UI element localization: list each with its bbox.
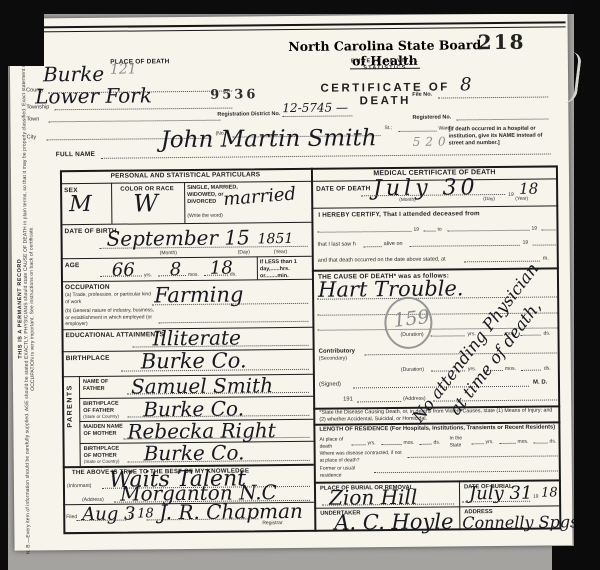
residence-ds2: ds. <box>550 438 557 445</box>
marital-hint: (Write the word) <box>187 213 223 220</box>
secondary-label: (Secondary) <box>319 355 347 362</box>
yrs-label: yrs. <box>144 272 152 279</box>
year-label: (Year) <box>274 249 287 256</box>
full-name-label: FULL NAME <box>56 151 95 159</box>
if-less-than-label: If LESS than 1 day,......hrs. or........… <box>260 259 310 280</box>
father-state-country-label: (State or Country) <box>83 414 119 420</box>
last-saw-label-a: that I last saw h <box>318 241 356 249</box>
day-label: (Day) <box>238 249 250 256</box>
county-value-handwritten: Burke <box>43 64 104 85</box>
filed-19-printed: 19 <box>128 515 134 522</box>
mos-label: mos. <box>188 272 199 279</box>
parents-section-label: PARENTS <box>67 402 74 428</box>
dotted-line <box>521 370 541 371</box>
registered-no-label: Registered No. <box>412 114 451 121</box>
dod-month-label: (Month) <box>399 198 416 204</box>
registration-district-label: Registration District No. <box>217 111 280 118</box>
last-saw-19-printed: 19 <box>523 240 529 247</box>
informant-address-label: (Address) <box>82 497 104 504</box>
dob-value-handwritten: September 15 <box>106 227 249 248</box>
mother-state-country-label: (State or Country) <box>84 459 120 465</box>
residence-yrs2: yrs. <box>486 439 494 446</box>
date-of-death-value-handwritten: July 30 <box>373 177 479 200</box>
dod-19-printed: 19 <box>508 192 514 199</box>
dotted-line <box>352 444 366 445</box>
date-of-death-year-handwritten: 18 <box>519 182 538 197</box>
hospital-note: [If death occurred in a hospital or inst… <box>449 126 547 148</box>
last-saw-label-b: alive on <box>384 241 403 248</box>
certify-19a-printed: 19 <box>413 227 419 234</box>
duration-ds-label: ds. <box>543 331 550 338</box>
dotted-line <box>48 120 220 123</box>
cause-code-pencil: 159 <box>392 308 430 331</box>
stamp-number: 9536 <box>210 87 258 102</box>
informant-label: (Informant) <box>67 483 92 490</box>
bureau-subtitle: BUREAU OF VITAL STATISTICS <box>330 58 440 73</box>
residence-mos2: mos. <box>518 439 529 446</box>
certificate-number-stamp: 218 <box>478 30 526 54</box>
certify-19b-printed: 19 <box>531 226 537 233</box>
dotted-line <box>472 443 484 444</box>
occupation-a-label: (a) Trade, profession, or particular kin… <box>65 291 151 305</box>
dob-year-handwritten: 1851 <box>258 232 294 246</box>
father-name-label: NAME OF FATHER <box>83 379 127 393</box>
dotted-line <box>456 119 548 121</box>
margin-note: THIS IS A PERMANENT RECORD N. B.—Every i… <box>15 48 38 568</box>
date-191-printed: 191 <box>343 396 353 404</box>
ds-label: ds. <box>230 272 237 279</box>
at-place-label: At place of death <box>319 436 349 449</box>
mother-birthplace-label: BIRTHPLACE OF MOTHER <box>84 446 128 460</box>
former-residence-label: Former or usual residence <box>320 465 364 478</box>
town-label: Town <box>26 116 39 123</box>
occupation-label: OCCUPATION <box>65 284 110 292</box>
dotted-line <box>101 154 551 159</box>
sex-value-handwritten: M <box>69 194 92 216</box>
occupation-b-label: (b) General nature of industry, business… <box>65 307 157 327</box>
street-label: St.; <box>384 125 392 132</box>
burial-year-handwritten: 18 <box>541 486 558 499</box>
county-pencil-number: 121 <box>110 62 137 76</box>
township-value-handwritten: Lower Fork <box>35 85 152 106</box>
date-of-death-label: DATE OF DEATH <box>316 185 370 193</box>
duration2-ds-label: ds. <box>544 366 551 373</box>
rule <box>257 256 258 279</box>
scan-edge-top <box>0 0 600 14</box>
dod-day-label: (Day) <box>483 197 495 203</box>
registrar-label: Registrar. <box>262 520 283 527</box>
age-label: AGE <box>65 262 80 270</box>
race-value-handwritten: W <box>133 191 158 215</box>
father-birthplace-label: BIRTHPLACE OF FATHER <box>83 401 127 415</box>
death-occurred-label: and that death occurred on the date abov… <box>318 257 446 265</box>
dod-year-label: (Year) <box>515 197 528 203</box>
duration2-label: (Duration) <box>401 367 424 374</box>
scan-corner-bottom-right <box>552 546 600 570</box>
dotted-line <box>424 231 436 232</box>
age-months-handwritten: 8 <box>170 261 182 279</box>
duration-label: (Duration) <box>400 332 423 339</box>
full-name-value-handwritten: John Martin Smith <box>161 127 377 152</box>
full-name-pencil-number: 520 <box>413 135 451 147</box>
city-label: City <box>27 134 37 141</box>
certificate-title: CERTIFICATE OF DEATH <box>300 81 470 109</box>
birthplace-label: BIRTHPLACE <box>66 355 110 363</box>
dotted-line <box>500 443 516 444</box>
month-label: (Month) <box>160 250 177 257</box>
file-no-label: File No. <box>412 92 432 99</box>
scan-corner-top-left <box>0 0 44 66</box>
residence-yrs1: yrs. <box>368 440 376 447</box>
dotted-line <box>364 246 382 247</box>
death-certificate-page: THIS IS A PERMANENT RECORD N. B.—Every i… <box>9 13 572 550</box>
burial-19-printed: 19 <box>533 495 538 501</box>
dotted-line <box>534 443 548 444</box>
education-label: EDUCATIONAL ATTAINMENTS <box>65 331 164 339</box>
undertaker-address-value-handwritten: Connelly Spgs <box>462 514 578 531</box>
age-years-handwritten: 66 <box>112 261 135 279</box>
dotted-line <box>438 97 548 99</box>
undertaker-value-handwritten: A. C. Hoyle <box>334 511 453 533</box>
file-no-value-handwritten: 8 <box>460 76 472 94</box>
dotted-line <box>399 131 437 132</box>
dotted-line <box>282 115 352 117</box>
certify-label: I HEREBY CERTIFY, That I attended deceas… <box>318 210 480 219</box>
md-label: M. D. <box>533 380 547 388</box>
mother-name-label: MAIDEN NAME OF MOTHER <box>83 424 127 438</box>
signed-label: (Signed) <box>319 382 341 390</box>
certify-to-label: to <box>437 227 441 234</box>
